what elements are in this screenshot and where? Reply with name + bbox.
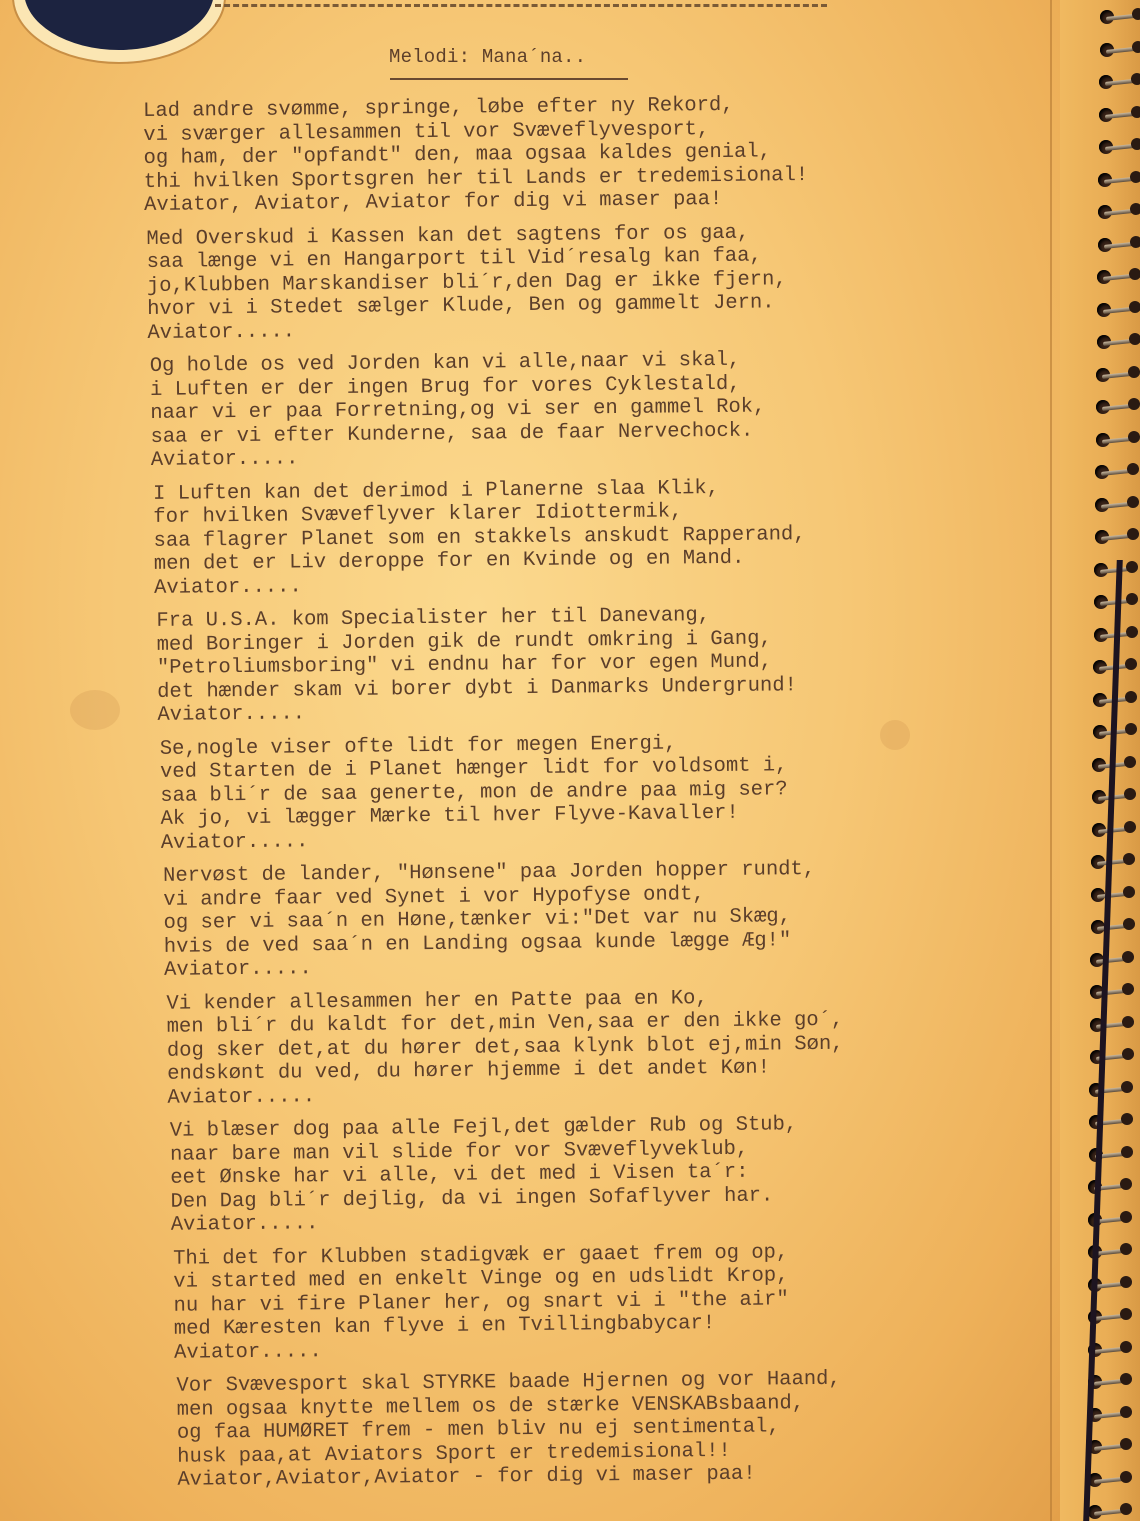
spiral-ring bbox=[1092, 821, 1136, 839]
spiral-ring bbox=[1091, 853, 1135, 871]
songbook-page: Melodi: Mana´na.. Lad andre svømme, spri… bbox=[0, 0, 1060, 1521]
song-verses: Lad andre svømme, springe, løbe efter ny… bbox=[143, 92, 948, 1503]
stanza: Lad andre svømme, springe, løbe efter ny… bbox=[143, 92, 934, 218]
spiral-ring bbox=[1099, 138, 1140, 156]
spiral-ring bbox=[1099, 73, 1140, 91]
header-dashed-rule bbox=[215, 4, 827, 7]
spiral-ring bbox=[1091, 918, 1135, 936]
spiral-ring bbox=[1090, 951, 1134, 969]
spiral-binding bbox=[1060, 0, 1140, 1521]
spiral-ring bbox=[1090, 1016, 1134, 1034]
spiral-ring bbox=[1089, 1081, 1133, 1099]
spiral-ring bbox=[1088, 1406, 1132, 1424]
stanza: Med Overskud i Kassen kan det sagtens fo… bbox=[146, 219, 935, 345]
spiral-ring bbox=[1097, 333, 1140, 351]
spiral-ring bbox=[1096, 366, 1140, 384]
spiral-ring bbox=[1097, 268, 1140, 286]
spiral-ring bbox=[1096, 431, 1140, 449]
spiral-ring bbox=[1100, 41, 1140, 59]
spiral-ring bbox=[1089, 1113, 1133, 1131]
spiral-ring bbox=[1090, 1048, 1134, 1066]
spiral-ring bbox=[1090, 983, 1134, 1001]
spiral-ring bbox=[1095, 528, 1139, 546]
title-underline bbox=[390, 78, 628, 80]
stanza: Nervøst de lander, "Hønsene" paa Jorden … bbox=[163, 857, 942, 983]
stanza: Og holde os ved Jorden kan vi alle,naar … bbox=[150, 347, 937, 473]
spiral-ring bbox=[1096, 398, 1140, 416]
spiral-ring bbox=[1091, 886, 1135, 904]
stanza: Vi blæser dog paa alle Fejl,det gælder R… bbox=[170, 1112, 945, 1238]
logo-emblem bbox=[24, 0, 214, 50]
spiral-ring bbox=[1095, 496, 1139, 514]
spiral-ring bbox=[1098, 171, 1140, 189]
stanza: Se,nogle viser ofte lidt for megen Energ… bbox=[160, 729, 941, 855]
spiral-ring bbox=[1088, 1471, 1132, 1489]
stanza: Vi kender allesammen her en Patte paa en… bbox=[166, 984, 943, 1110]
spiral-ring bbox=[1088, 1373, 1132, 1391]
spiral-ring bbox=[1088, 1503, 1132, 1521]
stanza: I Luften kan det derimod i Planerne slaa… bbox=[153, 474, 938, 600]
page-edge bbox=[1050, 0, 1052, 1521]
spiral-ring bbox=[1099, 106, 1140, 124]
spiral-ring bbox=[1095, 463, 1139, 481]
melody-title: Melodi: Mana´na.. bbox=[389, 46, 586, 68]
spiral-ring bbox=[1088, 1438, 1132, 1456]
stanza: Fra U.S.A. kom Specialister her til Dane… bbox=[156, 602, 939, 728]
stanza: Vor Svævesport skal STYRKE baade Hjernen… bbox=[176, 1367, 947, 1493]
spiral-ring bbox=[1098, 236, 1140, 254]
stanza: Thi det for Klubben stadigvæk er gaaet f… bbox=[173, 1239, 946, 1365]
spiral-ring bbox=[1100, 8, 1140, 26]
spiral-ring bbox=[1097, 301, 1140, 319]
paper-stain bbox=[70, 690, 120, 730]
spiral-ring bbox=[1098, 203, 1140, 221]
club-logo bbox=[12, 0, 226, 64]
